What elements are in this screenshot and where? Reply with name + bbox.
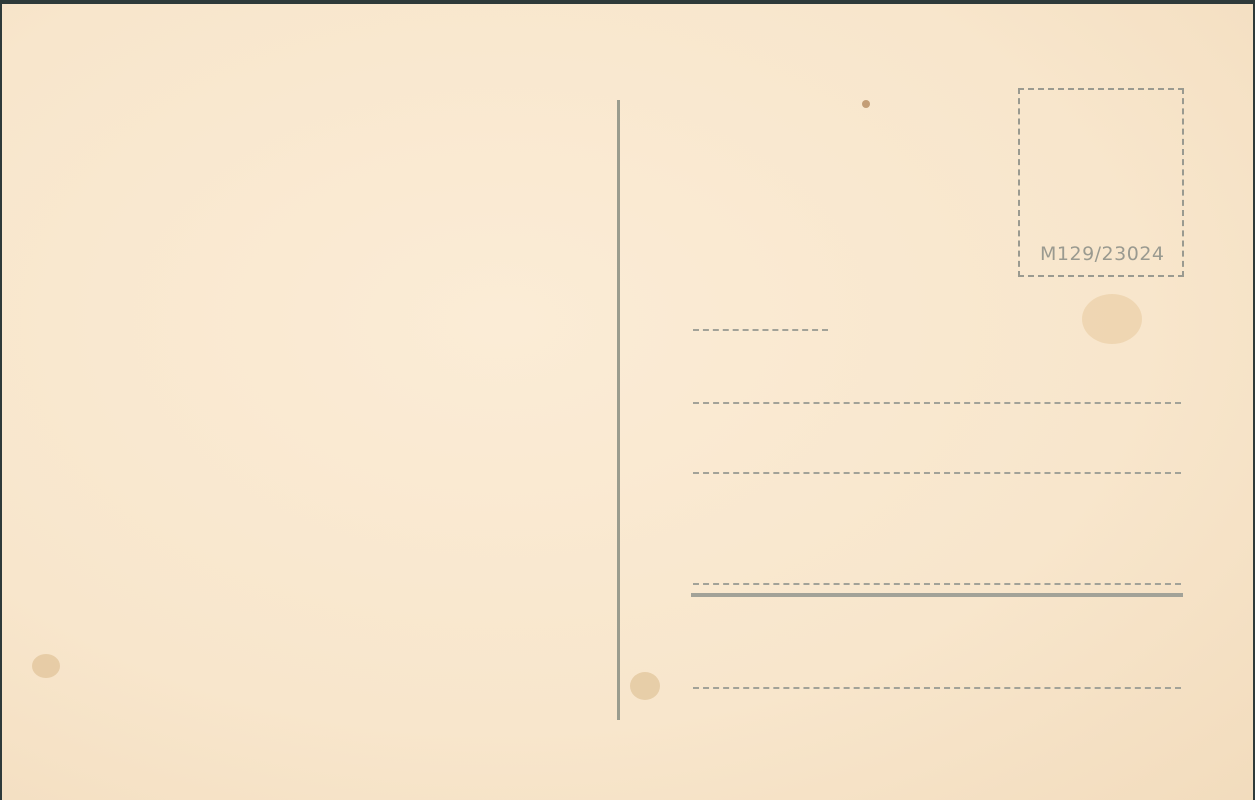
stamp-box: M129/23024 [1018,88,1184,277]
stain [1082,294,1142,344]
stamp-code: M129/23024 [1040,243,1165,265]
stain [32,654,60,678]
stain [862,100,870,108]
address-line-5 [693,687,1181,689]
address-line-4 [693,583,1181,585]
address-underline-solid [691,593,1183,597]
center-divider-line [617,100,620,720]
postcard-back: M129/23024 [2,4,1253,800]
address-line-3 [693,472,1181,474]
address-line-2 [693,402,1181,404]
stain [630,672,660,700]
address-line-1 [693,329,828,331]
